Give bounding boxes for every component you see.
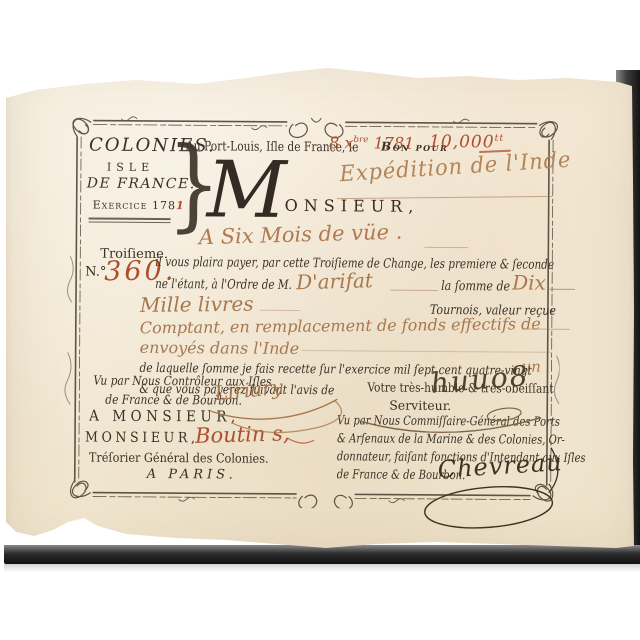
controller-signature-loop xyxy=(231,400,341,433)
commissaire-signature-tail xyxy=(549,448,558,493)
controller-signature-flourish xyxy=(211,398,337,419)
printed-sheet: COLONIES. ISLE DE FRANCE. Exercice 1781 … xyxy=(0,0,640,640)
treasurer-name-flourish xyxy=(287,438,314,443)
scanned-bill-of-exchange: COLONIES. ISLE DE FRANCE. Exercice 1781 … xyxy=(0,0,640,640)
signature-flourishes xyxy=(0,0,640,640)
drawer-signature-flourish xyxy=(361,416,541,433)
drawer-signature-oval xyxy=(487,406,522,422)
commissaire-signature-oval xyxy=(423,482,554,532)
